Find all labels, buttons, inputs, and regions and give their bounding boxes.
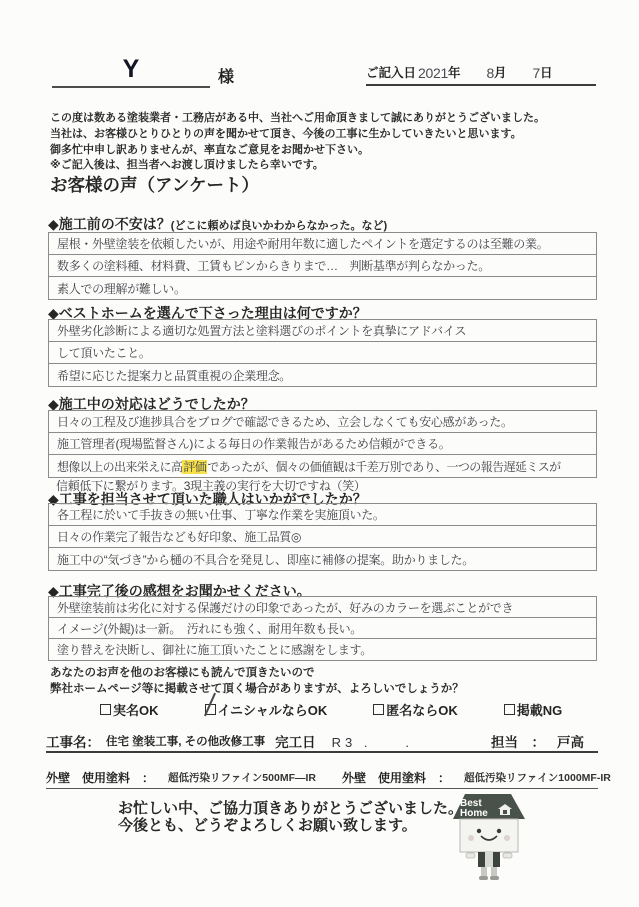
handwritten-answer: 日々の作業完了報告なども好印象、施工品質◎ — [57, 528, 301, 545]
work-name-value: 住宅 塗装工事, その他改修工事 — [106, 733, 265, 749]
answer-row: 施工管理者(現場監督さん)による毎日の作業報告があるため信頼ができる。 — [49, 433, 596, 455]
paint-label-1: 外壁 使用塗料 ： — [46, 769, 154, 786]
answer-box-during-work: 日々の工程及び進捗具合をブログで確認できるため、立会しなくても安心感があった。 … — [48, 410, 597, 478]
answer-box-reason: 外壁劣化診断による適切な処置方法と塗料選びのポイントを真摯にアドバイス して頂い… — [48, 319, 597, 387]
consent-line-2: 弊社ホームページ等に掲載させて頂く場合がありますが、よろしいでしょうか？ — [50, 682, 464, 698]
heading-text: ◆施工前の不安は？ — [48, 216, 171, 232]
mini-house-door-icon — [503, 810, 507, 814]
checkbox-0[interactable] — [100, 704, 111, 715]
checkbox-label: 実名OK — [113, 700, 159, 719]
checkbox-2[interactable] — [373, 704, 384, 715]
best-home-mascot-logo: Best Home — [452, 793, 530, 890]
honorific-label: 様 — [218, 64, 234, 87]
answer-box-after-completion: 外壁塗装前は劣化に対する保護だけの印象であったが、好みのカラーを選ぶことができ … — [48, 596, 597, 661]
handwritten-answer: 素人での理解が難しい。 — [57, 280, 186, 297]
intro-line-3: 御多忙中申し訳ありませんが、率直なご意見をお聞かせ下さい。 — [50, 143, 610, 159]
staff-label: 担当 ： — [491, 731, 545, 751]
footer-line-2: 今後とも、どうぞよろしくお願い致します。 — [118, 817, 463, 834]
section-heading-concerns: ◆施工前の不安は？(どこに頼めば良いかわからなかった。など) — [48, 214, 387, 234]
answer-row: 数多くの塗料種、材料費、工賃もピンからきりまで… 判断基準が判らなかった。 — [49, 255, 596, 277]
checkbox-label: イニシャルならOK — [218, 700, 328, 719]
answer-row: 日々の工程及び進捗具合をブログで確認できるため、立会しなくても安心感があった。 — [49, 411, 596, 433]
answer-row: 日々の作業完了報告なども好印象、施工品質◎ — [49, 526, 596, 548]
publish-consent-text: あなたのお声を他のお客様にも読んで頂きたいので 弊社ホームページ等に掲載させて頂… — [50, 666, 464, 697]
survey-title: お客様の声（アンケート） — [50, 172, 259, 197]
month-suffix: 月 — [494, 63, 507, 81]
handwritten-answer: 屋根・外壁塗装を依頼したいが、用途や耐用年数に適したペイントを選定するのは至難の… — [57, 235, 548, 252]
option-initials-ok: イニシャルならOK — [205, 700, 328, 719]
option-anonymous-ok: 匿名ならOK — [373, 700, 458, 719]
paint-label-2: 外壁 使用塗料 ： — [342, 769, 450, 786]
mascot-text-home: Home — [460, 808, 488, 819]
mascot-shirt — [485, 852, 493, 867]
answer-row: 塗り替えを決断し、御社に施工頂いたことに感謝をします。 — [49, 639, 596, 660]
answer-box-craftsmen: 各工程に於いて手抜きの無い仕事、丁寧な作業を実施頂いた。 日々の作業完了報告など… — [48, 503, 597, 571]
mascot-cheek-right — [504, 835, 510, 841]
staff-name: 戸高 — [557, 731, 584, 751]
answer-row: 素人での理解が難しい。 — [49, 277, 596, 299]
consent-line-1: あなたのお声を他のお客様にも読んで頂きたいので — [50, 666, 464, 682]
date-year-handwritten: 2021 — [418, 65, 448, 81]
paint-info-row: 外壁 使用塗料 ： 超低汚染リファイン500MF―IR 外壁 使用塗料 ： 超低… — [46, 767, 598, 789]
answer-box-concerns: 屋根・外壁塗装を依頼したいが、用途や耐用年数に適したペイントを選定するのは至難の… — [48, 232, 597, 300]
work-name-label: 工事名： — [46, 731, 100, 751]
mascot-arm-left — [466, 853, 475, 858]
date-label: ご記入日 — [366, 63, 416, 81]
handwritten-answer-with-highlight: 想像以上の出来栄えに高評価であったが、個々の価値観は千差万別であり、一つの報告遅… — [57, 458, 561, 475]
heading-note: (どこに頼めば良いかわからなかった。など) — [171, 220, 387, 232]
consent-options-row: 実名OK イニシャルならOK 匿名ならOK 掲載NG — [100, 700, 562, 719]
mascot-face — [460, 819, 518, 852]
mascot-leg-right — [491, 867, 497, 877]
checkbox-label: 匿名ならOK — [386, 700, 458, 719]
answer-row: 希望に応じた提案力と品質重視の企業理念。 — [49, 364, 596, 386]
mascot-arm-right — [503, 853, 512, 858]
date-day-handwritten: 7 — [533, 65, 541, 81]
answer-row: 想像以上の出来栄えに高評価であったが、個々の価値観は千差万別であり、一つの報告遅… — [49, 455, 596, 477]
house-character-icon: Best Home — [452, 793, 530, 885]
answer-row: イメージ(外観)は一新。 汚れにも強く、耐用年数も長い。 — [49, 618, 596, 639]
checkbox-label: 掲載NG — [517, 700, 563, 719]
handwritten-answer: 日々の工程及び進捗具合をブログで確認できるため、立会しなくても安心感があった。 — [57, 413, 513, 430]
answer-row: して頂いたこと。 — [49, 342, 596, 364]
mascot-cheek-left — [468, 835, 474, 841]
footer-line-1: お忙しい中、ご協力頂きありがとうございました。 — [118, 800, 463, 817]
year-suffix: 年 — [448, 63, 461, 81]
paint-value-1: 超低汚染リファイン500MF―IR — [168, 770, 316, 785]
answer-pre: 想像以上の出来栄えに高 — [57, 460, 182, 474]
handwritten-answer: 施工中の“気づき”から樋の不具合を発見し、即座に補修の提案。助かりました。 — [57, 551, 474, 568]
handwritten-answer: 施工管理者(現場監督さん)による毎日の作業報告があるため信頼ができる。 — [57, 435, 451, 452]
day-suffix: 日 — [540, 63, 553, 81]
mascot-eye-left — [477, 829, 481, 833]
option-no-publish: 掲載NG — [504, 700, 563, 719]
handwritten-answer: 外壁劣化診断による適切な処置方法と塗料選びのポイントを真摯にアドバイス — [57, 322, 466, 339]
answer-row: 各工程に於いて手抜きの無い仕事、丁寧な作業を実施頂いた。 — [49, 504, 596, 526]
answer-row: 外壁劣化診断による適切な処置方法と塗料選びのポイントを真摯にアドバイス — [49, 320, 596, 342]
answer-row: 施工中の“気づき”から樋の不具合を発見し、即座に補修の提案。助かりました。 — [49, 548, 596, 570]
completion-date-value: R3 . . — [332, 732, 413, 751]
answer-row: 屋根・外壁塗装を依頼したいが、用途や耐用年数に適したペイントを選定するのは至難の… — [49, 233, 596, 255]
intro-line-1: この度は数ある塗装業者・工務店がある中、当社へご用命頂きまして誠にありがとうござ… — [50, 111, 610, 127]
entry-date-line: ご記入日 2021 年 8 月 7 日 — [366, 56, 596, 86]
handwritten-answer: 外壁塗装前は劣化に対する保護だけの印象であったが、好みのカラーを選ぶことができ — [57, 599, 513, 616]
handwritten-answer: イメージ(外観)は一新。 汚れにも強く、耐用年数も長い。 — [57, 620, 362, 637]
answer-row: 外壁塗装前は劣化に対する保護だけの印象であったが、好みのカラーを選ぶことができ — [49, 597, 596, 618]
date-month-handwritten: 8 — [486, 65, 494, 81]
mascot-eye-right — [497, 829, 501, 833]
scanned-survey-document: Y 様 ご記入日 2021 年 8 月 7 日 この度は数ある塗装業者・工務店が… — [0, 0, 639, 907]
paint-value-2: 超低汚染リファイン1000MF-IR — [464, 770, 611, 785]
customer-name: Y — [123, 55, 140, 83]
option-real-name: 実名OK — [100, 700, 159, 719]
footer-thanks-message: お忙しい中、ご協力頂きありがとうございました。 今後とも、どうぞよろしくお願い致… — [118, 800, 463, 834]
mascot-foot-right — [490, 876, 499, 880]
completion-date-label: 完工日 — [275, 731, 316, 751]
answer-post: であったが、個々の価値観は千差万別であり、一つの報告遅延ミスが — [207, 460, 560, 474]
handwritten-answer: 塗り替えを決断し、御社に施工頂いたことに感謝をします。 — [57, 641, 372, 658]
highlighted-word: 評価 — [182, 460, 207, 474]
handwritten-answer: して頂いたこと。 — [57, 344, 151, 361]
customer-name-line: Y — [52, 52, 210, 88]
handwritten-answer: 希望に応じた提案力と品質重視の企業理念。 — [57, 367, 291, 384]
mascot-leg-left — [481, 867, 487, 877]
handwritten-answer: 数多くの塗料種、材料費、工賃もピンからきりまで… 判断基準が判らなかった。 — [57, 257, 490, 274]
checkbox-1[interactable] — [205, 704, 216, 715]
work-info-row: 工事名： 住宅 塗装工事, その他改修工事 完工日 R3 . . 担当 ： 戸高 — [46, 731, 598, 753]
handwritten-answer: 各工程に於いて手抜きの無い仕事、丁寧な作業を実施頂いた。 — [57, 506, 385, 523]
checkbox-3[interactable] — [504, 704, 515, 715]
intro-paragraph: この度は数ある塗装業者・工務店がある中、当社へご用命頂きまして誠にありがとうござ… — [50, 111, 610, 174]
mascot-foot-left — [479, 876, 488, 880]
intro-line-2: 当社は、お客様ひとりひとりの声を聞かせて頂き、今後の工事に生かしていきたいと思い… — [50, 127, 610, 143]
